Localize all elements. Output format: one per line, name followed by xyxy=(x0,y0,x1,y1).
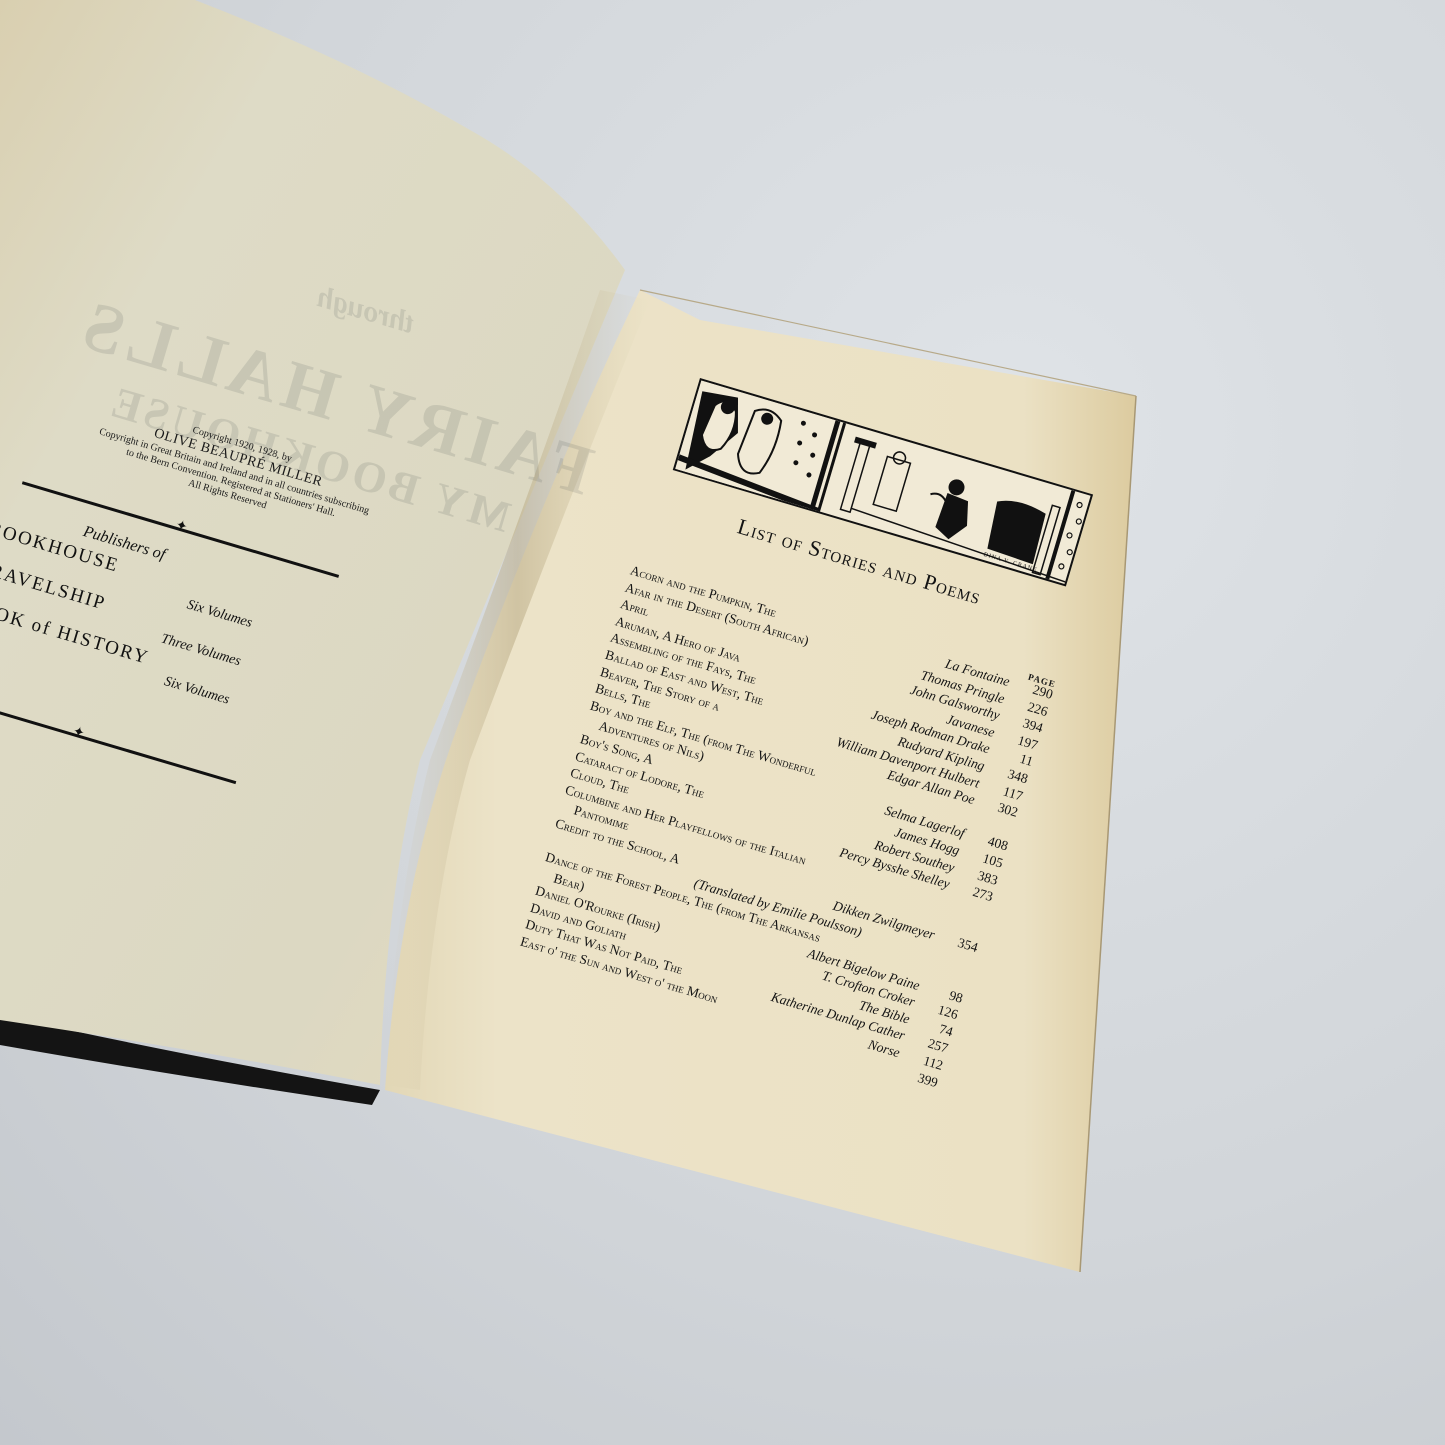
publishers-block: Publishers of My BOOKHOUSE Six Volumes M… xyxy=(0,488,285,714)
ornament-rule-icon xyxy=(0,688,236,785)
